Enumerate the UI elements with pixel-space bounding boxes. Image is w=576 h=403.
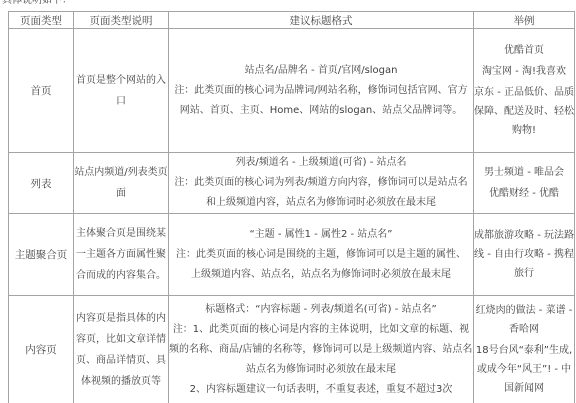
- example-item: 优酷财经 - 优酷: [474, 184, 574, 203]
- format-line: 上级频道内容、站点名，站点名为修饰词时必须放在最末尾: [169, 265, 473, 285]
- format-line: 和上级频道内容，站点名为修饰词时必须放在最末尾: [169, 193, 473, 213]
- page-type-cell: 主题聚合页: [9, 214, 74, 296]
- table-row-list-page: 列表 站点内频道/列表类页面 列表/频道名 - 上级频道(可省) - 站点名 注…: [9, 153, 575, 214]
- page-type-description-cell: 主体聚合页是围绕某一主题各方面属性聚合而成的内容集合。: [74, 214, 169, 296]
- description-text: 首页是整个网站的入口: [74, 70, 168, 112]
- page-type-cell: 内容页: [9, 296, 74, 403]
- examples-cell: 成都旅游攻略 - 玩法路线 - 自由行攻略 - 携程旅行: [474, 214, 575, 296]
- format-line: 站点名/品牌名 - 首页/官网/slogan: [169, 61, 473, 81]
- format-line: 注：此类页面的核心词为列表/频道方向内容，修饰词可以是站点名: [169, 173, 473, 193]
- table-row-homepage: 首页 首页是整个网站的入口 站点名/品牌名 - 首页/官网/slogan 注：此…: [9, 29, 575, 153]
- table-row-content-page: 内容页 内容页是指具体的内容页，比如文章详情页、商品详情页、具体视频的播放页等 …: [9, 296, 575, 403]
- format-line: 注：1、此类页面的核心词是内容的主体说明，比如文章的标题、视: [169, 320, 473, 340]
- format-line: 列表/频道名 - 上级频道(可省) - 站点名: [169, 153, 473, 173]
- description-text: 站点内频道/列表类页面: [74, 162, 168, 204]
- clipped-top-text: 具体说明如下：: [2, 0, 202, 4]
- title-format-cell: 标题格式：“内容标题 - 列表/频道名(可省) - 站点名” 注：1、此类页面的…: [169, 296, 474, 403]
- title-format-cell: 站点名/品牌名 - 首页/官网/slogan 注：此类页面的核心词为品牌词/网站…: [169, 29, 474, 153]
- page-type-description-cell: 站点内频道/列表类页面: [74, 153, 169, 214]
- example-item: 优酷首页: [474, 41, 574, 60]
- page-type-cell: 列表: [9, 153, 74, 214]
- clipped-top-text-value: 具体说明如下：: [2, 0, 202, 4]
- examples-cell: 男士频道 - 唯品会 优酷财经 - 优酷: [474, 153, 575, 214]
- format-line: 标题格式：“内容标题 - 列表/频道名(可省) - 站点名”: [169, 300, 473, 320]
- format-line: “主题 - 属性1 - 属性2 - 站点名”: [169, 225, 473, 245]
- col-header-page-type: 页面类型: [9, 12, 74, 29]
- example-item: 淘宝网 - 淘!我喜欢: [474, 62, 574, 81]
- page-type-guideline-table: 页面类型 页面类型说明 建议标题格式 举例 首页 首页是整个网站的入口 站点名/…: [8, 11, 575, 403]
- format-line: 频的名称、商品/店铺的名称等，修饰词可以是上级频道内容、站点名，: [169, 340, 473, 360]
- format-line: 站点名为修饰词时必须放在最末尾: [169, 360, 473, 380]
- page: 具体说明如下： 页面类型 页面类型说明 建议标题格式 举例 首页 首页是整个网站…: [0, 0, 576, 403]
- col-header-examples: 举例: [474, 12, 575, 29]
- description-text: 内容页是指具体的内容页，比如文章详情页、商品详情页、具体视频的播放页等: [74, 308, 168, 392]
- table-row-topic-aggregation-page: 主题聚合页 主体聚合页是围绕某一主题各方面属性聚合而成的内容集合。 “主题 - …: [9, 214, 575, 296]
- title-format-cell: “主题 - 属性1 - 属性2 - 站点名” 注：此类页面的核心词是围绕的主题，…: [169, 214, 474, 296]
- example-item: 京东 - 正品低价、品质保障、配送及时、轻松购物!: [474, 83, 574, 140]
- page-type-cell: 首页: [9, 29, 74, 153]
- page-type-description-cell: 首页是整个网站的入口: [74, 29, 169, 153]
- example-item: 男士频道 - 唯品会: [474, 163, 574, 182]
- format-line: 注：此类页面的核心词为品牌词/网站名称，修饰词包括官网、官方: [169, 81, 473, 101]
- table-header-row: 页面类型 页面类型说明 建议标题格式 举例: [9, 12, 575, 29]
- page-type-description-cell: 内容页是指具体的内容页，比如文章详情页、商品详情页、具体视频的播放页等: [74, 296, 169, 403]
- format-line: 注：此类页面的核心词是围绕的主题，修饰词可以是主题的属性、: [169, 245, 473, 265]
- format-line: 2、内容标题建议一句话表明，不重复表述，重复不超过3次: [169, 380, 473, 400]
- format-line: 网站、首页、主页、Home、网站的slogan、站点父品牌词等。: [169, 101, 473, 121]
- examples-cell: 红烧肉的做法 - 菜谱 - 香哈网 18号台风“泰利”生成,或成今年“风王”! …: [474, 296, 575, 403]
- col-header-suggested-title-format: 建议标题格式: [169, 12, 474, 29]
- example-item: 18号台风“泰利”生成,或成今年“风王”! - 中国新闻网: [474, 341, 574, 398]
- title-format-cell: 列表/频道名 - 上级频道(可省) - 站点名 注：此类页面的核心词为列表/频道…: [169, 153, 474, 214]
- col-header-page-type-description: 页面类型说明: [74, 12, 169, 29]
- example-item: 成都旅游攻略 - 玩法路线 - 自由行攻略 - 携程旅行: [474, 226, 574, 283]
- examples-cell: 优酷首页 淘宝网 - 淘!我喜欢 京东 - 正品低价、品质保障、配送及时、轻松购…: [474, 29, 575, 153]
- example-item: 红烧肉的做法 - 菜谱 - 香哈网: [474, 301, 574, 339]
- description-text: 主体聚合页是围绕某一主题各方面属性聚合而成的内容集合。: [74, 223, 168, 286]
